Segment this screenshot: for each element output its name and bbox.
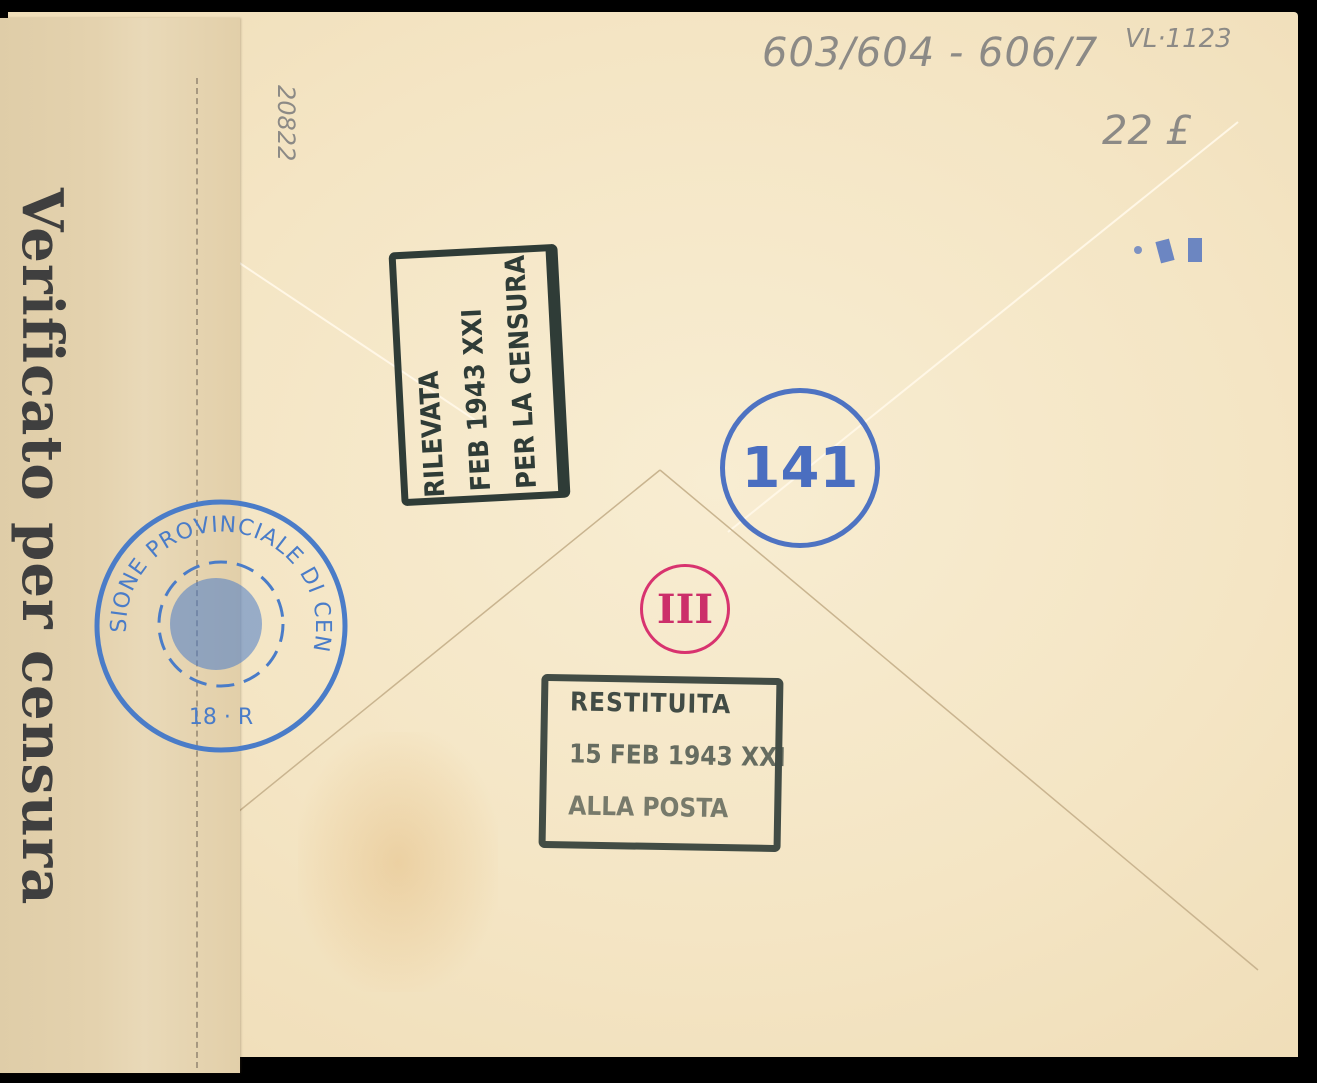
pencil-inventory-number: 20822 (272, 85, 300, 161)
stamp-line: 15 FEB 1943 XXI (569, 739, 786, 773)
pencil-price: 22 £ (1102, 108, 1191, 154)
pencil-catalog-numbers: 603/604 - 606/7 (762, 30, 1098, 76)
roman-numeral: III (657, 586, 713, 633)
censor-number: 141 (742, 436, 859, 501)
stamp-line: PER LA CENSURA (500, 254, 543, 489)
censor-number-stamp: 141 (720, 388, 880, 548)
blue-ink-smudge (1128, 232, 1218, 272)
restituita-stamp: RESTITUITA 15 FEB 1943 XXI ALLA POSTA (539, 674, 784, 852)
pencil-reference: VL·1123 (1125, 24, 1232, 54)
water-stain (298, 732, 498, 992)
stamp-line: ALLA POSTA (568, 791, 729, 824)
stamp-line: RESTITUITA (570, 687, 732, 720)
stamp-line: RILEVATA (414, 370, 452, 498)
censor-tape-text: Verificato per censura (22, 188, 62, 868)
stamp-line: FEB 1943 XXI (457, 308, 498, 492)
rilevata-censorship-stamp: RILEVATA FEB 1943 XXI PER LA CENSURA (388, 244, 570, 506)
seal-bottom-text: 18 · R (189, 705, 253, 730)
provincial-censorship-seal: SIONE PROVINCIALE DI CENSURA 18 · R (88, 496, 354, 756)
roman-numeral-stamp: III (640, 564, 730, 654)
